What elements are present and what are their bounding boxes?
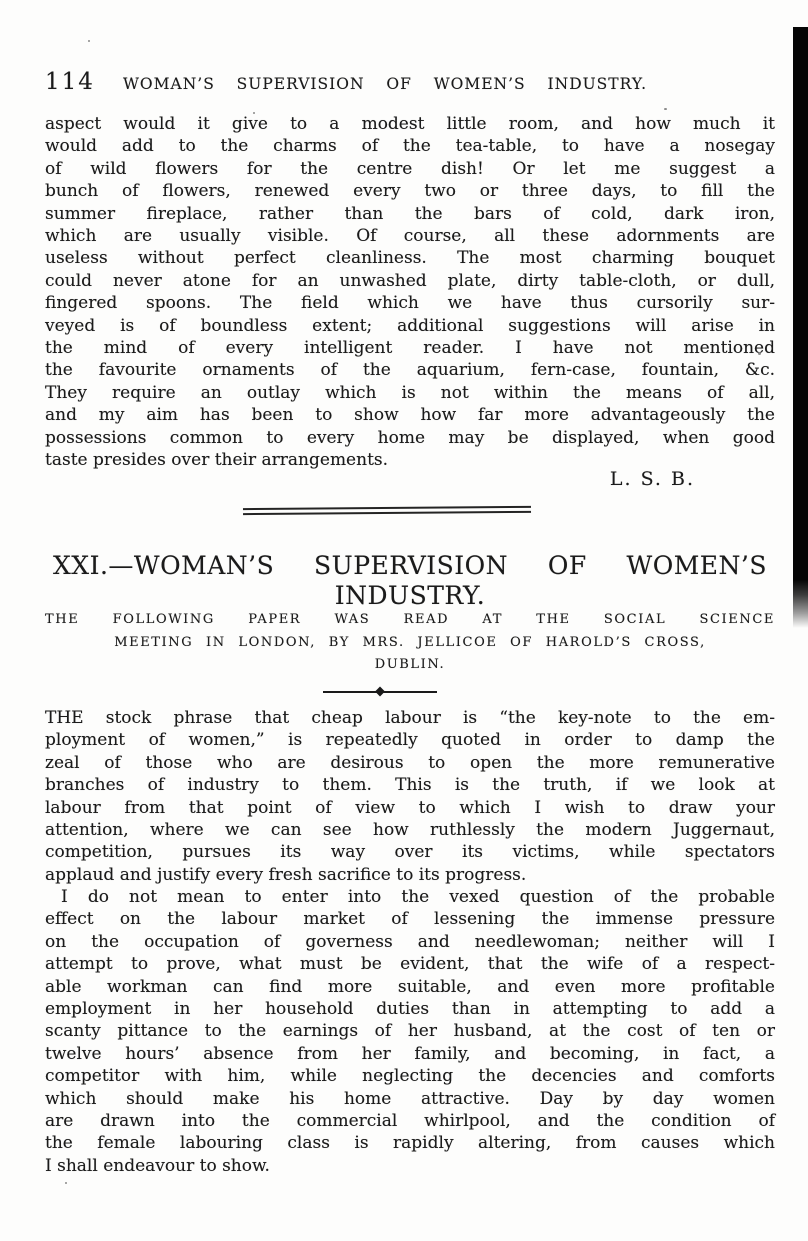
scanned-book-page: 114 WOMAN’S SUPERVISION OF WOMEN’S INDUS…	[0, 0, 808, 1241]
text-line: I shall endeavour to show.	[45, 1155, 775, 1177]
text-line: would add to the charms of the tea-table…	[45, 135, 775, 157]
section-divider-double-rule	[243, 506, 531, 515]
article-paragraph-2: I do not mean to enter into the vexed qu…	[45, 886, 775, 1177]
text-line: are drawn into the commercial whirlpool,…	[45, 1110, 775, 1132]
author-initials-signature: L. S. B.	[45, 468, 775, 490]
article-subtitle: THE FOLLOWING PAPER WAS READ AT THE SOCI…	[45, 609, 775, 677]
article-heading: XXI.—WOMAN’S SUPERVISION OF WOMEN’SINDUS…	[53, 551, 767, 610]
text-line: the female labouring class is rapidly al…	[45, 1132, 775, 1154]
text-line: the favourite ornaments of the aquarium,…	[45, 359, 775, 381]
text-line: on the occupation of governess and needl…	[45, 931, 775, 953]
text-line: able workman can find more suitable, and…	[45, 976, 775, 998]
text-line: bunch of flowers, renewed every two or t…	[45, 180, 775, 202]
closing-article-paragraph: aspect would it give to a modest little …	[45, 113, 775, 472]
running-title: WOMAN’S SUPERVISION OF WOMEN’S INDUSTRY.	[123, 75, 647, 93]
page-number: 114	[45, 69, 123, 95]
text-line: useless without perfect cleanliness. The…	[45, 247, 775, 269]
text-line: MEETING IN LONDON, BY MRS. JELLICOE OF H…	[45, 632, 775, 655]
text-line: aspect would it give to a modest little …	[45, 113, 775, 135]
text-line: labour from that point of view to which …	[45, 797, 775, 819]
article-paragraph-1: THE stock phrase that cheap labour is “t…	[45, 707, 775, 886]
scan-speck	[65, 1182, 67, 1184]
text-line: fingered spoons. The field which we have…	[45, 292, 775, 314]
text-line: XXI.—WOMAN’S SUPERVISION OF WOMEN’S	[53, 551, 767, 581]
running-header: 114 WOMAN’S SUPERVISION OF WOMEN’S INDUS…	[45, 69, 775, 95]
text-line: DUBLIN.	[45, 654, 775, 677]
text-line: which are usually visible. Of course, al…	[45, 225, 775, 247]
text-line: attention, where we can see how ruthless…	[45, 819, 775, 841]
text-line: effect on the labour market of lessening…	[45, 908, 775, 930]
text-line: attempt to prove, what must be evident, …	[45, 953, 775, 975]
text-line: branches of industry to them. This is th…	[45, 774, 775, 796]
scan-speck	[88, 40, 90, 42]
diamond-rule-divider	[323, 691, 437, 693]
text-line: applaud and justify every fresh sacrific…	[45, 864, 775, 886]
text-line: could never atone for an unwashed plate,…	[45, 270, 775, 292]
scan-edge-black-bar	[793, 27, 808, 628]
text-line: of wild flowers for the centre dish! Or …	[45, 158, 775, 180]
text-line: veyed is of boundless extent; additional…	[45, 315, 775, 337]
text-line: summer fireplace, rather than the bars o…	[45, 203, 775, 225]
scan-speck	[763, 260, 765, 262]
text-line: scanty pittance to the earnings of her h…	[45, 1020, 775, 1042]
text-line: which should make his home attractive. D…	[45, 1088, 775, 1110]
text-line: I do not mean to enter into the vexed qu…	[45, 886, 775, 908]
text-line: INDUSTRY.	[53, 581, 767, 611]
scan-speck	[253, 112, 255, 114]
text-line: twelve hours’ absence from her family, a…	[45, 1043, 775, 1065]
text-line: possessions common to every home may be …	[45, 427, 775, 449]
text-line: employment in her household duties than …	[45, 998, 775, 1020]
text-line: THE FOLLOWING PAPER WAS READ AT THE SOCI…	[45, 609, 775, 632]
text-line: and my aim has been to show how far more…	[45, 404, 775, 426]
text-line: competition, pursues its way over its vi…	[45, 841, 775, 863]
text-line: They require an outlay which is not with…	[45, 382, 775, 404]
text-line: the mind of every intelligent reader. I …	[45, 337, 775, 359]
text-line: zeal of those who are desirous to open t…	[45, 752, 775, 774]
scan-speck	[664, 108, 667, 110]
text-line: ployment of women,” is repeatedly quoted…	[45, 729, 775, 751]
scan-speck	[758, 352, 761, 355]
text-line: THE stock phrase that cheap labour is “t…	[45, 707, 775, 729]
text-line: competitor with him, while neglecting th…	[45, 1065, 775, 1087]
